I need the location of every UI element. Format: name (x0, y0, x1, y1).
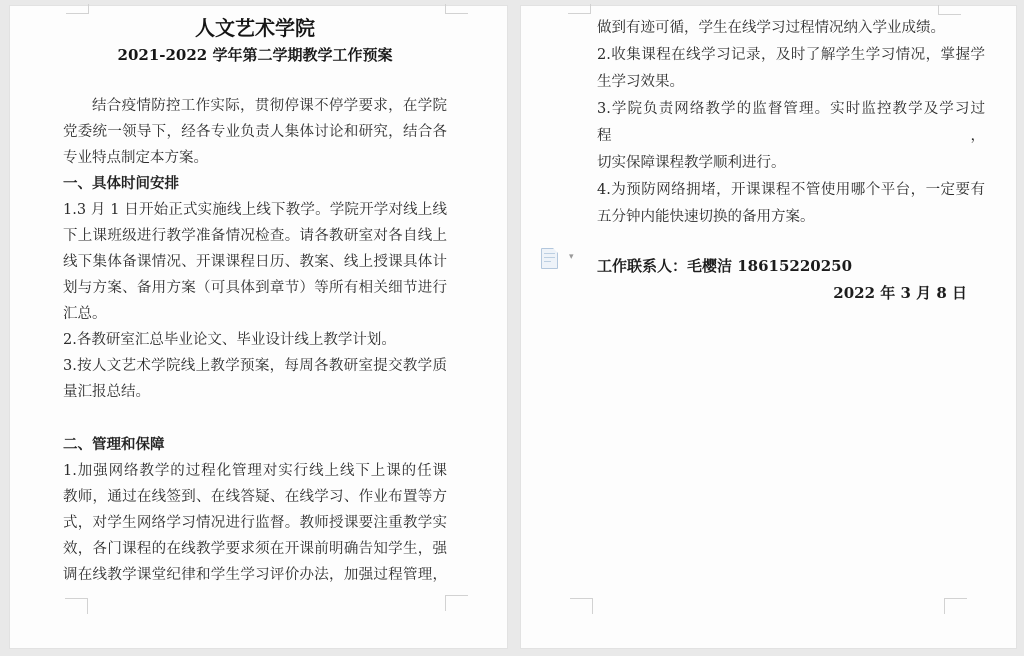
intro-line: 党委统一领导下，经各专业负责人集体讨论和研究，结合各 (63, 119, 447, 145)
paste-options-button[interactable]: ▾ (541, 248, 574, 269)
body-line: 做到有迹可循，学生在线学习过程情况纳入学业成绩。 (597, 15, 985, 42)
section-heading-2: 二、管理和保障 (63, 432, 447, 458)
page-1-text: 人文艺术学院 2021-2022 学年第二学期教学工作预案 结合疫情防控工作实际… (63, 6, 447, 588)
page-2-text: 做到有迹可循，学生在线学习过程情况纳入学业成绩。 2.收集课程在线学习记录，及时… (597, 6, 985, 307)
body-line: 1.加强网络教学的过程化管理对实行线上线下上课的任课 (63, 458, 447, 484)
document-page-1: 人文艺术学院 2021-2022 学年第二学期教学工作预案 结合疫情防控工作实际… (10, 6, 507, 648)
body-line: 切实保障课程教学顺利进行。 (597, 150, 985, 177)
intro-line: 结合疫情防控工作实际，贯彻停课不停学要求，在学院 (63, 93, 447, 119)
body-line: 2.各教研室汇总毕业论文、毕业设计线上教学计划。 (63, 327, 447, 353)
body-line: 2.收集课程在线学习记录，及时了解学生学习情况，掌握学 (597, 42, 985, 69)
crop-mark-bottom-right (445, 595, 468, 611)
body-line: 3.学院负责网络教学的监督管理。实时监控教学及学习过程， (597, 96, 985, 150)
body-line: 1.3 月 1 日开始正式实施线上线下教学。学院开学对线上线 (63, 197, 447, 223)
body-line: 3.按人文艺术学院线上教学预案，每周各教研室提交教学质 (63, 353, 447, 379)
body-line: 汇总。 (63, 301, 447, 327)
body-line: 调在线教学课堂纪律和学生学习评价办法，加强过程管理， (63, 562, 447, 588)
body-line: 式，对学生网络学习情况进行监督。教师授课要注重教学实 (63, 510, 447, 536)
body-line: 线下集体备课情况、开课课程日历、教案、线上授课具体计 (63, 249, 447, 275)
body-line: 效，各门课程的在线教学要求须在开课前明确告知学生，强 (63, 536, 447, 562)
doc-subtitle: 2021-2022 学年第二学期教学工作预案 (63, 44, 447, 66)
crop-mark-top-left (568, 4, 591, 14)
crop-mark-top-right (445, 4, 468, 14)
body-line: 划与方案、备用方案（可具体到章节）等所有相关细节进行 (63, 275, 447, 301)
body-line: 下上课班级进行教学准备情况检查。请各教研室对各自线上 (63, 223, 447, 249)
document-page-2: ▾ 做到有迹可循，学生在线学习过程情况纳入学业成绩。 2.收集课程在线学习记录，… (521, 6, 1016, 648)
body-line: 4.为预防网络拥堵，开课课程不管使用哪个平台，一定要有 (597, 177, 985, 204)
contact-line: 工作联系人：毛樱洁 18615220250 (597, 253, 985, 280)
date-line: 2022 年 3 月 8 日 (597, 280, 985, 307)
intro-line: 专业特点制定本方案。 (63, 145, 447, 171)
crop-mark-bottom-left (65, 598, 88, 614)
section-heading-1: 一、具体时间安排 (63, 171, 447, 197)
body-line: 量汇报总结。 (63, 379, 447, 405)
doc-title: 人文艺术学院 (63, 14, 447, 42)
dropdown-arrow-icon: ▾ (569, 252, 574, 262)
paste-options-icon (541, 248, 558, 269)
body-line: 生学习效果。 (597, 69, 985, 96)
body-line: 教师，通过在线签到、在线答疑、在线学习、作业布置等方 (63, 484, 447, 510)
crop-mark-bottom-left (570, 598, 593, 614)
body-line: 五分钟内能快速切换的备用方案。 (597, 204, 985, 231)
crop-mark-bottom-right (944, 598, 967, 614)
